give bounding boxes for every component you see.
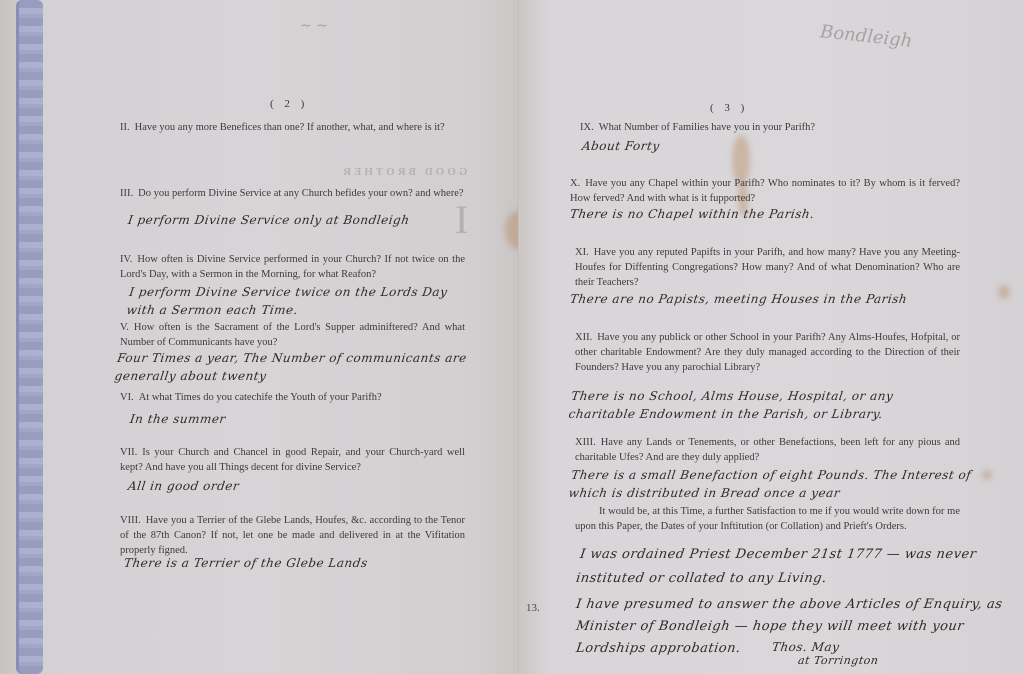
question-II: II.Have you any more Benefices than one?… [120,120,465,135]
question-III: III.Do you perform Divine Service at any… [120,186,465,201]
question-XII: XII.Have you any publick or other School… [575,330,960,375]
page-number-left: ( 2 ) [270,98,308,110]
binding-ribbon [16,0,43,674]
answer-X: There is no Chapel within the Parish. [569,205,922,223]
answer-XII: There is no School, Alms House, Hospital… [567,387,952,423]
foxing-stain [998,285,1010,299]
closing-answer-line-2: instituted or collated to any Living. [575,570,828,588]
answer-XI: There are no Papists, meeting Houses in … [569,290,952,308]
question-VII: VII.Is your Church and Chancel in good R… [120,445,465,475]
corner-pencil-note: Bondleigh [819,21,913,52]
gutter-marker: 13. [526,602,540,614]
right-page: Bondleigh ( 3 ) IX.What Number of Famili… [520,0,1024,674]
answer-V: Four Times a year, The Number of communi… [113,349,518,385]
answer-IV: I perform Divine Service twice on the Lo… [125,283,460,319]
answer-VII: All in good order [127,477,330,495]
closing-answer-line-5: Lordships approbation. [575,640,742,658]
closing-answer-line-3: I have presumed to answer the above Arti… [575,596,1004,614]
question-IX: IX.What Number of Families have you in y… [580,120,960,135]
question-VIII: VIII.Have you a Terrier of the Glebe Lan… [120,513,465,558]
question-XI: XI.Have you any reputed Papifts in your … [575,245,960,290]
answer-VI: In the summer [129,410,332,428]
question-IV: IV.How often is Divine Service performed… [120,252,465,282]
question-XIII: XIII.Have any Lands or Tenements, or oth… [575,435,960,465]
question-VI: VI.At what Times do you catechife the Yo… [120,390,465,405]
foxing-stain [982,470,992,480]
signature-place: at Torrington [797,652,880,670]
answer-XIII: There is a small Benefaction of eight Po… [567,466,982,502]
answer-IX: About Forty [581,137,784,155]
answer-III: I perform Divine Service only at Bondlei… [127,211,480,229]
left-page: ~ ~ ( 2 ) GOOD BROTHER I II.Have you any… [0,0,520,674]
closing-answer-line-1: I was ordained Priest December 21st 1777… [579,546,978,564]
question-V: V.How often is the Sacrament of the Lord… [120,320,465,350]
open-booklet: ~ ~ ( 2 ) GOOD BROTHER I II.Have you any… [0,0,1024,674]
page-number-right: ( 3 ) [710,102,748,114]
faint-pencil-mark: ~ ~ [300,18,328,34]
closing-answer-line-4: Minister of Bondleigh — hope they will m… [575,618,965,636]
question-X: X.Have you any Chapel within your Parifh… [570,176,960,206]
bleed-through-text: GOOD BROTHER [340,166,467,178]
closing-request: It would be, at this Time, a further Sat… [575,504,960,534]
answer-VIII: There is a Terrier of the Glebe Lands [123,554,446,572]
